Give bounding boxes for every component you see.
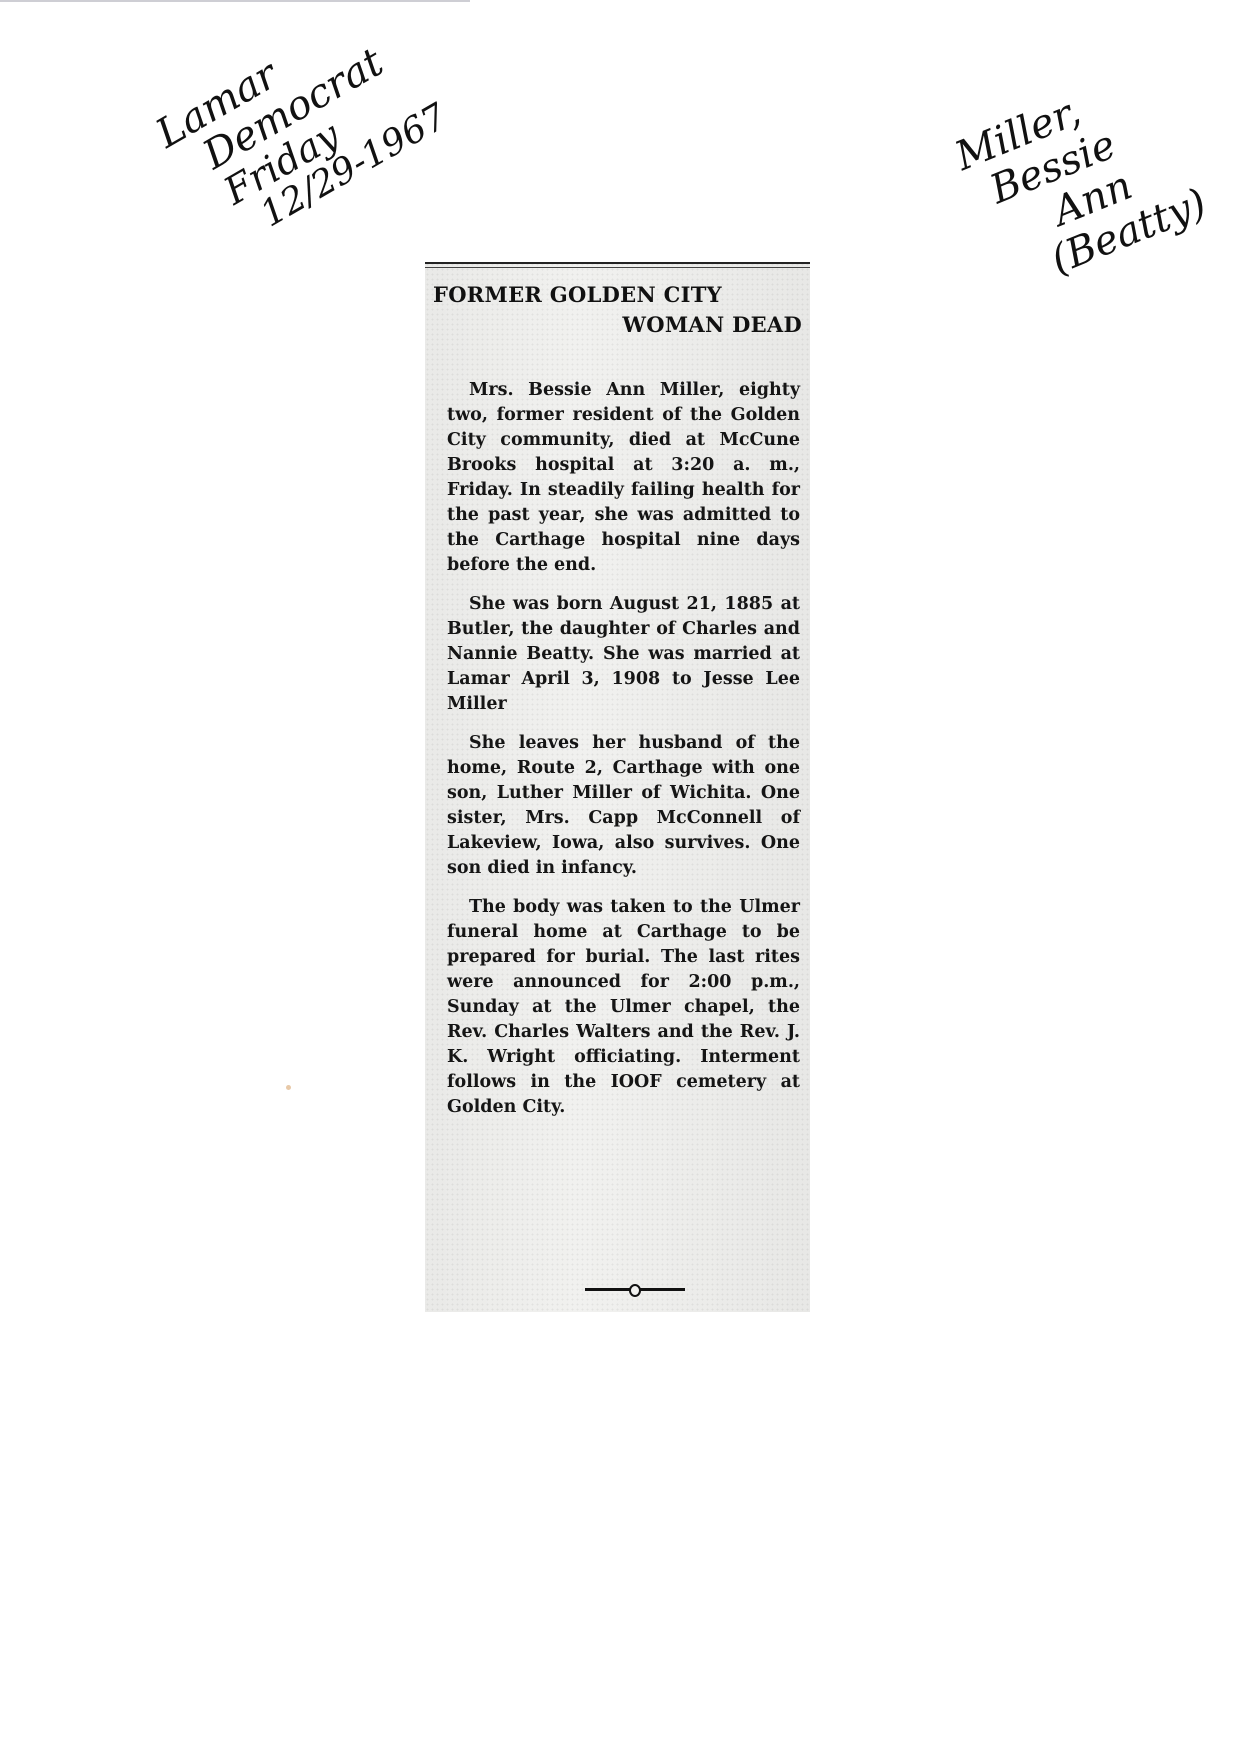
- paragraph: The body was taken to the Ulmer funeral …: [447, 895, 800, 1120]
- headline-line-1: FORMER GOLDEN CITY: [433, 280, 802, 310]
- paragraph: Mrs. Bessie Ann Miller, eighty two, form…: [447, 378, 800, 578]
- obituary-body: Mrs. Bessie Ann Miller, eighty two, form…: [447, 378, 800, 1134]
- handwritten-name-note: Miller, Bessie Ann (Beatty): [950, 60, 1213, 303]
- end-mark-divider: [585, 1284, 685, 1294]
- page-top-edge: [0, 0, 470, 8]
- divider-circle: [629, 1284, 641, 1297]
- newspaper-clipping: FORMER GOLDEN CITY WOMAN DEAD Mrs. Bessi…: [425, 262, 810, 1312]
- paragraph: She leaves her husband of the home, Rout…: [447, 731, 800, 881]
- paragraph: She was born August 21, 1885 at Butler, …: [447, 592, 800, 717]
- headline-line-2: WOMAN DEAD: [433, 310, 802, 340]
- handwritten-source-note: Lamar Democrat Friday 12/29-1967: [150, 0, 454, 260]
- headline: FORMER GOLDEN CITY WOMAN DEAD: [433, 280, 802, 340]
- header-rule: [425, 262, 810, 268]
- paper-speck: [286, 1085, 291, 1090]
